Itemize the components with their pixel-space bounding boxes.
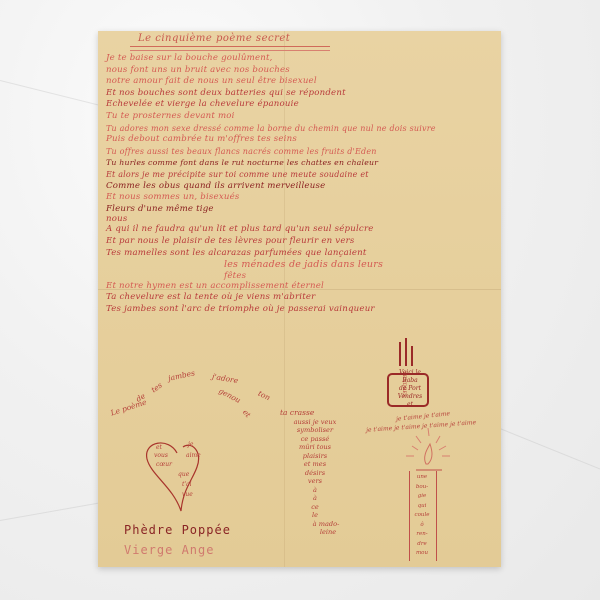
- heart-word: vous: [154, 452, 168, 459]
- poem-line: les ménades de jadis dans leurs: [106, 259, 496, 271]
- candle-word: gie: [411, 492, 433, 502]
- signature-line: Vierge Ange: [124, 543, 214, 557]
- candle-word: ô: [411, 521, 433, 531]
- column-line: ta crasse: [280, 409, 350, 418]
- column-line: plaisirs: [280, 452, 350, 461]
- poem-line: Echevelée et vierge la chevelure épanoui…: [106, 99, 496, 111]
- poem-line: Et par nous le plaisir de tes lèvres pou…: [106, 236, 496, 248]
- candle-word: mou: [411, 549, 433, 559]
- title-underline: [130, 46, 330, 51]
- column-line: désirs: [280, 469, 350, 478]
- poem-line: nous font uns un bruit avec nos bouches: [106, 65, 496, 77]
- calligram-word: j'adore: [211, 372, 238, 385]
- poem-line: Tu te prosternes devant moi: [106, 111, 496, 123]
- calligram-word: ton: [257, 389, 272, 402]
- heart-word: et: [156, 444, 162, 451]
- candle-word: coule: [411, 511, 433, 521]
- candle-word: bou-: [411, 483, 433, 493]
- calligram-word: jambes: [167, 368, 195, 382]
- poem-line: fêtes: [106, 271, 496, 281]
- poem-line: Je te baise sur la bouche goulûment,: [106, 53, 496, 65]
- poem-line: Comme les obus quand ils arrivent mervei…: [106, 181, 496, 193]
- heart-word: cœur: [156, 461, 172, 468]
- calligram-column: ta crasse aussi je veux symboliser ce pa…: [280, 409, 350, 537]
- column-line: à mado-: [280, 520, 350, 529]
- heart-word: t'ai: [182, 481, 192, 488]
- column-line: symboliser: [280, 426, 350, 435]
- poem-line: Tu hurles comme font dans le rut nocturn…: [106, 157, 496, 169]
- poem-line: Tes jambes sont l'arc de triomphe où je …: [106, 304, 496, 316]
- poem-line: Et nous sommes un, bisexués: [106, 192, 496, 204]
- poem-line: notre amour fait de nous un seul être bi…: [106, 76, 496, 88]
- signature-line: Phèdre Poppée: [124, 523, 231, 537]
- poem-line: Et nos bouches sont deux batteries qui s…: [106, 88, 496, 100]
- poem-line: Ta chevelure est la tente où je viens m'…: [106, 292, 496, 304]
- poem-line: Puis debout cambrée tu m'offres tes sein…: [106, 134, 496, 146]
- manuscript-page: Le cinquième poème secret Je te baise su…: [98, 31, 501, 567]
- calligram-word: et: [241, 408, 253, 419]
- poem-line: Tu adores mon sexe dressé comme la borne…: [106, 123, 496, 135]
- heart-word: vue: [182, 491, 193, 498]
- bottle-text: Voici le Baba de Port Vendres et: [382, 369, 438, 409]
- column-line: mûri tous: [280, 443, 350, 452]
- candle-word: qui: [411, 502, 433, 512]
- bottle-line: et: [382, 401, 438, 409]
- marble-vein: [0, 501, 108, 521]
- calligram-word: tes: [149, 381, 163, 395]
- poem-line: nous: [106, 215, 496, 224]
- column-line: vers: [280, 477, 350, 486]
- poem-title: Le cinquième poème secret: [138, 33, 290, 44]
- heart-word: que: [178, 471, 189, 478]
- candle-flame-icon: [398, 426, 458, 471]
- candle-word: ren-: [411, 530, 433, 540]
- bottle-line: Voici le: [382, 369, 438, 377]
- column-line: ce passé: [280, 435, 350, 444]
- bottle-line: Baba: [382, 377, 438, 385]
- column-line: aussi je veux: [280, 418, 350, 427]
- heart-word: aime: [186, 452, 201, 459]
- candle-word: une: [411, 473, 433, 483]
- candle-text: une bou- gie qui coule ô ren- dre mou: [411, 473, 433, 559]
- column-line: à: [280, 486, 350, 495]
- column-line: à: [280, 494, 350, 503]
- poem-line: Fleurs d'une même tige: [106, 204, 496, 216]
- calligram-word: genou: [217, 386, 242, 405]
- candle-word: dre: [411, 540, 433, 550]
- poem-line: Et notre hymen est un accomplissement ét…: [106, 281, 496, 293]
- column-line: ce: [280, 503, 350, 512]
- column-line: leine: [280, 528, 350, 537]
- column-line: le: [280, 511, 350, 520]
- poem-line: Et alors je me précipite sur toi comme u…: [106, 169, 496, 181]
- poem-line: Tes mamelles sont les alcarazas parfumée…: [106, 248, 496, 260]
- poem-line: Tu offres aussi tes beaux flancs nacrés …: [106, 146, 496, 158]
- heart-word: je: [188, 441, 193, 448]
- column-line: et mes: [280, 460, 350, 469]
- bottle-line: Vendres: [382, 393, 438, 401]
- bottle-line: de Port: [382, 385, 438, 393]
- poem-line: A qui il ne faudra qu'un lit et plus tar…: [106, 224, 496, 236]
- poem-body: Je te baise sur la bouche goulûment, nou…: [106, 53, 496, 315]
